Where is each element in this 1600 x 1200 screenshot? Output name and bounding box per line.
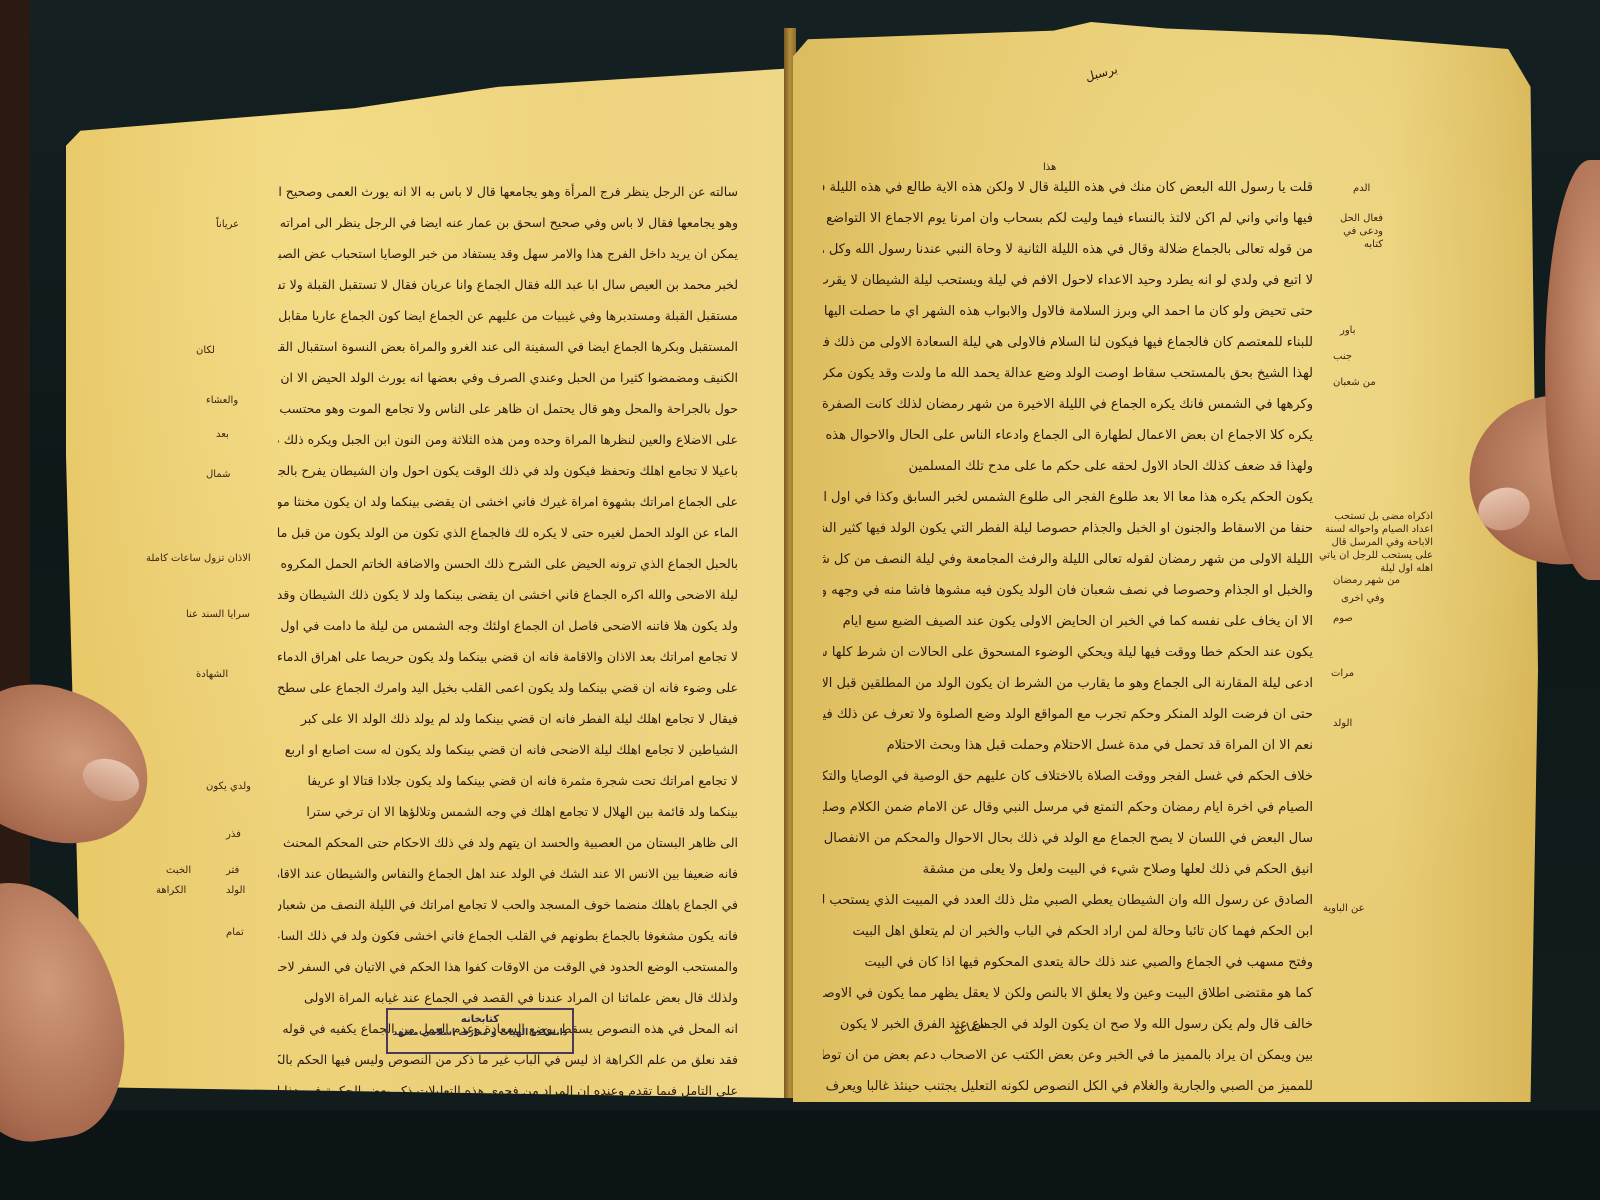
margin-note: الشهادة <box>196 668 228 681</box>
manuscript-line: الا ان يخاف على نفسه كما في الخبر ان الح… <box>823 606 1313 637</box>
stamp-line-2: دانشكده الهيات و معارف اسلامي مشهد <box>388 1028 572 1038</box>
manuscript-line: يمكن ان يريد داخل الفرج هذا والامر سهل و… <box>278 238 738 269</box>
manuscript-line: حتى ان فرضت الولد المنكر وحكم تجرب مع ال… <box>823 699 1313 730</box>
manuscript-line: وفتح مسهب في الجماع والصبي عند ذلك حالة … <box>823 947 1313 978</box>
manuscript-line: ادعى ليلة المقارنة الى الجماع وهو ما يقا… <box>823 668 1313 699</box>
manuscript-line: الشياطين لا تجامع اهلك ليلة الاضحى فانه … <box>278 734 738 765</box>
manuscript-line: على وضوء فانه ان قضي بينكما ولد يكون اعم… <box>278 672 738 703</box>
margin-note: الولد <box>226 884 245 897</box>
manuscript-line: والخبل او الجذام وحصوصا في نصف شعبان فان… <box>823 575 1313 606</box>
margin-note: الولد <box>1333 717 1352 730</box>
right-page-text-block: قلت يا رسول الله البعض كان منك في هذه ال… <box>823 172 1313 1102</box>
manuscript-line: لا اتبع في ولدي لو انه يطرد وحيد الاعداء… <box>823 265 1313 296</box>
margin-note: فعال الحل ودعى في كتابه <box>1333 212 1383 251</box>
manuscript-line: يكون الحكم يكره هذا معا الا بعد طلوع الف… <box>823 482 1313 513</box>
margin-note: الدم <box>1353 182 1370 195</box>
manuscript-line: يكون عند الحكم خطا ووقت فيها ليلة ويحكي … <box>823 637 1313 668</box>
manuscript-line: فيها واني واني لم اكن لالتذ بالنساء فيما… <box>823 203 1313 234</box>
manuscript-line: بين ويمكن ان يراد بالمميز ما في الخبر وع… <box>823 1040 1313 1071</box>
margin-note: الخبث <box>166 864 191 877</box>
manuscript-line: كما هو مقتضى اطلاق البيت وعين ولا يعلق ا… <box>823 978 1313 1009</box>
margin-note: من شعبان <box>1333 376 1376 389</box>
manuscript-line: الليلة الاولى من شهر رمضان لقوله تعالى ا… <box>823 544 1313 575</box>
manuscript-line: ولد يكون هلا فاتنه الاضحى فاصل ان الجماع… <box>278 610 738 641</box>
manuscript-line: خالف قال ولم يكن رسول الله ولا صح ان يكو… <box>823 1009 1313 1040</box>
manuscript-line: سال البعض في اللسان لا يصح الجماع مع الو… <box>823 823 1313 854</box>
manuscript-line: ابن الحكم فهما كان تائبا وحالة لمن اراد … <box>823 916 1313 947</box>
manuscript-line: حنفا من الاسقاط والجنون او الخبل والجذام… <box>823 513 1313 544</box>
manuscript-line: لا تجامع امراتك تحت شجرة مثمرة فانه ان ق… <box>278 765 738 796</box>
margin-note: والعشاء <box>206 394 238 407</box>
manuscript-line: على التامل فيما تقدم وعنده ان المراد من … <box>278 1075 738 1098</box>
margin-note: صوم <box>1333 612 1353 625</box>
margin-note: جنب <box>1333 350 1352 363</box>
library-stamp: كتابخانه دانشكده الهيات و معارف اسلامي م… <box>386 1008 574 1054</box>
margin-note: بعد <box>216 428 229 441</box>
manuscript-line: بالحبل الجماع الذي ترونه الحيض على الشرح… <box>278 548 738 579</box>
manuscript-line: من قوله تعالى بالجماع ضلالة وقال في هذه … <box>823 234 1313 265</box>
manuscript-line: للبناء للمعتصم كان فالجماع فيها فيكون لن… <box>823 327 1313 358</box>
margin-note: وفي اخرى <box>1341 592 1384 605</box>
margin-note: اذكراه مضى بل تستحب اعداد الصيام واحواله… <box>1313 510 1433 575</box>
manuscript-line: قلت يا رسول الله البعض كان منك في هذه ال… <box>823 172 1313 203</box>
margin-note: ولدي يكون <box>206 780 251 793</box>
stamp-line-1: كتابخانه <box>388 1014 572 1025</box>
margin-note: باور <box>1340 324 1356 337</box>
margin-note: مرات <box>1331 667 1354 680</box>
margin-note: الاذان تزول ساعات كاملة <box>146 552 251 565</box>
manuscript-line: انيق الحكم في ذلك لعلها وصلاح شيء في الب… <box>823 854 1313 885</box>
margin-note: شمال <box>206 468 230 481</box>
manuscript-line: فانه ضعيفا بين الانس الا عند الشك في الو… <box>278 858 738 889</box>
margin-note: من شهر رمضان <box>1333 574 1400 587</box>
manuscript-line: بينكما ولد قائمة بين الهلال لا تجامع اهل… <box>278 796 738 827</box>
manuscript-line: على الجماع امراتك بشهوة امراة غيرك فاني … <box>278 486 738 517</box>
margin-note: فتر <box>226 864 239 877</box>
background-table-surface <box>0 1110 1600 1200</box>
margin-note: عرياناً <box>216 218 239 231</box>
manuscript-line: حول بالجراحة والمحل وهو قال يحتمل ان ظاه… <box>278 393 738 424</box>
margin-note: عن الباوية <box>1323 902 1365 915</box>
margin-note: تمام <box>226 926 244 939</box>
manuscript-line: الصادق عن رسول الله وان الشيطان يعطي الص… <box>823 885 1313 916</box>
manuscript-line: ليلة الاضحى والله اكره الجماع فاني اخشى … <box>278 579 738 610</box>
manuscript-line: المستقبل وبكرها الجماع ايضا في السفينة ا… <box>278 331 738 362</box>
left-manuscript-page: سالته عن الرجل ينظر فرج المرأة وهو يجامع… <box>66 28 786 1098</box>
manuscript-line: والمستحب الوضع الحدود في الوقت من الاوقا… <box>278 951 738 982</box>
margin-note: لكان <box>196 344 215 357</box>
manuscript-line: في الجماع باهلك منضما خوف المسجد والحب ل… <box>278 889 738 920</box>
manuscript-line: سالته عن الرجل ينظر فرج المرأة وهو يجامع… <box>278 176 738 207</box>
manuscript-line: باعيلا لا تجامع اهلك وتحفظ فيكون ولد في … <box>278 455 738 486</box>
manuscript-line: لا تجامع امراتك بعد الاذان والاقامة فانه… <box>278 641 738 672</box>
manuscript-line: وكرهها في الشمس فانك يكره الجماع في اللي… <box>823 389 1313 420</box>
folio-mark: برسبل <box>1084 62 1119 84</box>
manuscript-line: مستقبل القبلة ومستدبرها وفي غيبيات من عل… <box>278 300 738 331</box>
manuscript-line: الصيام في اخرة ايام رمضان وحكم التمتع في… <box>823 792 1313 823</box>
margin-note: فذر <box>226 828 241 841</box>
manuscript-line: يكره كلا الاجماع ان بعض الاعمال لطهارة ا… <box>823 420 1313 451</box>
left-page-text-block: سالته عن الرجل ينظر فرج المرأة وهو يجامع… <box>278 176 738 1098</box>
manuscript-line: الكنيف ومضمضوا كثيرا من الحبل وعندي الصر… <box>278 362 738 393</box>
manuscript-line: فانه يكون مشغوفا بالجماع بطونهم في القلب… <box>278 920 738 951</box>
manuscript-line: للمميز من الصبي والجارية والغلام في الكل… <box>823 1071 1313 1102</box>
manuscript-line: حتى تحيض ولو كان ما احمد الي وبرز السلام… <box>823 296 1313 327</box>
manuscript-line: فيقال لا تجامع اهلك ليلة الفطر فانه ان ق… <box>278 703 738 734</box>
margin-note: سرايا السند عنا <box>186 608 250 621</box>
right-manuscript-page: برسبل هذا قلت يا رسول الله البعض كان منك… <box>793 22 1538 1102</box>
manuscript-line: نعم الا ان المراة قد تحمل في مدة غسل الا… <box>823 730 1313 761</box>
manuscript-line: الماء عن الولد الحمل لغيره حتى لا يكره ل… <box>278 517 738 548</box>
manuscript-line: وهو يجامعها فقال لا باس وفي صحيح اسحق بن… <box>278 207 738 238</box>
manuscript-line: الى ظاهر البستان من العصبية والحسد ان يت… <box>278 827 738 858</box>
manuscript-line: لهذا الشيخ بحق بالمستحب سقاط اوصت الولد … <box>823 358 1313 389</box>
manuscript-line: ولهذا قد ضعف كذلك الحاد الاول لحقه على ح… <box>823 451 1313 482</box>
manuscript-line: على الاضلاع والعين لنظرها المراة وحده وم… <box>278 424 738 455</box>
manuscript-line: خلاف الحكم في غسل الفجر ووقت الصلاة بالا… <box>823 761 1313 792</box>
margin-note: الكراهة <box>156 884 186 897</box>
manuscript-line: لخبر محمد بن العيص سال ابا عبد الله فقال… <box>278 269 738 300</box>
